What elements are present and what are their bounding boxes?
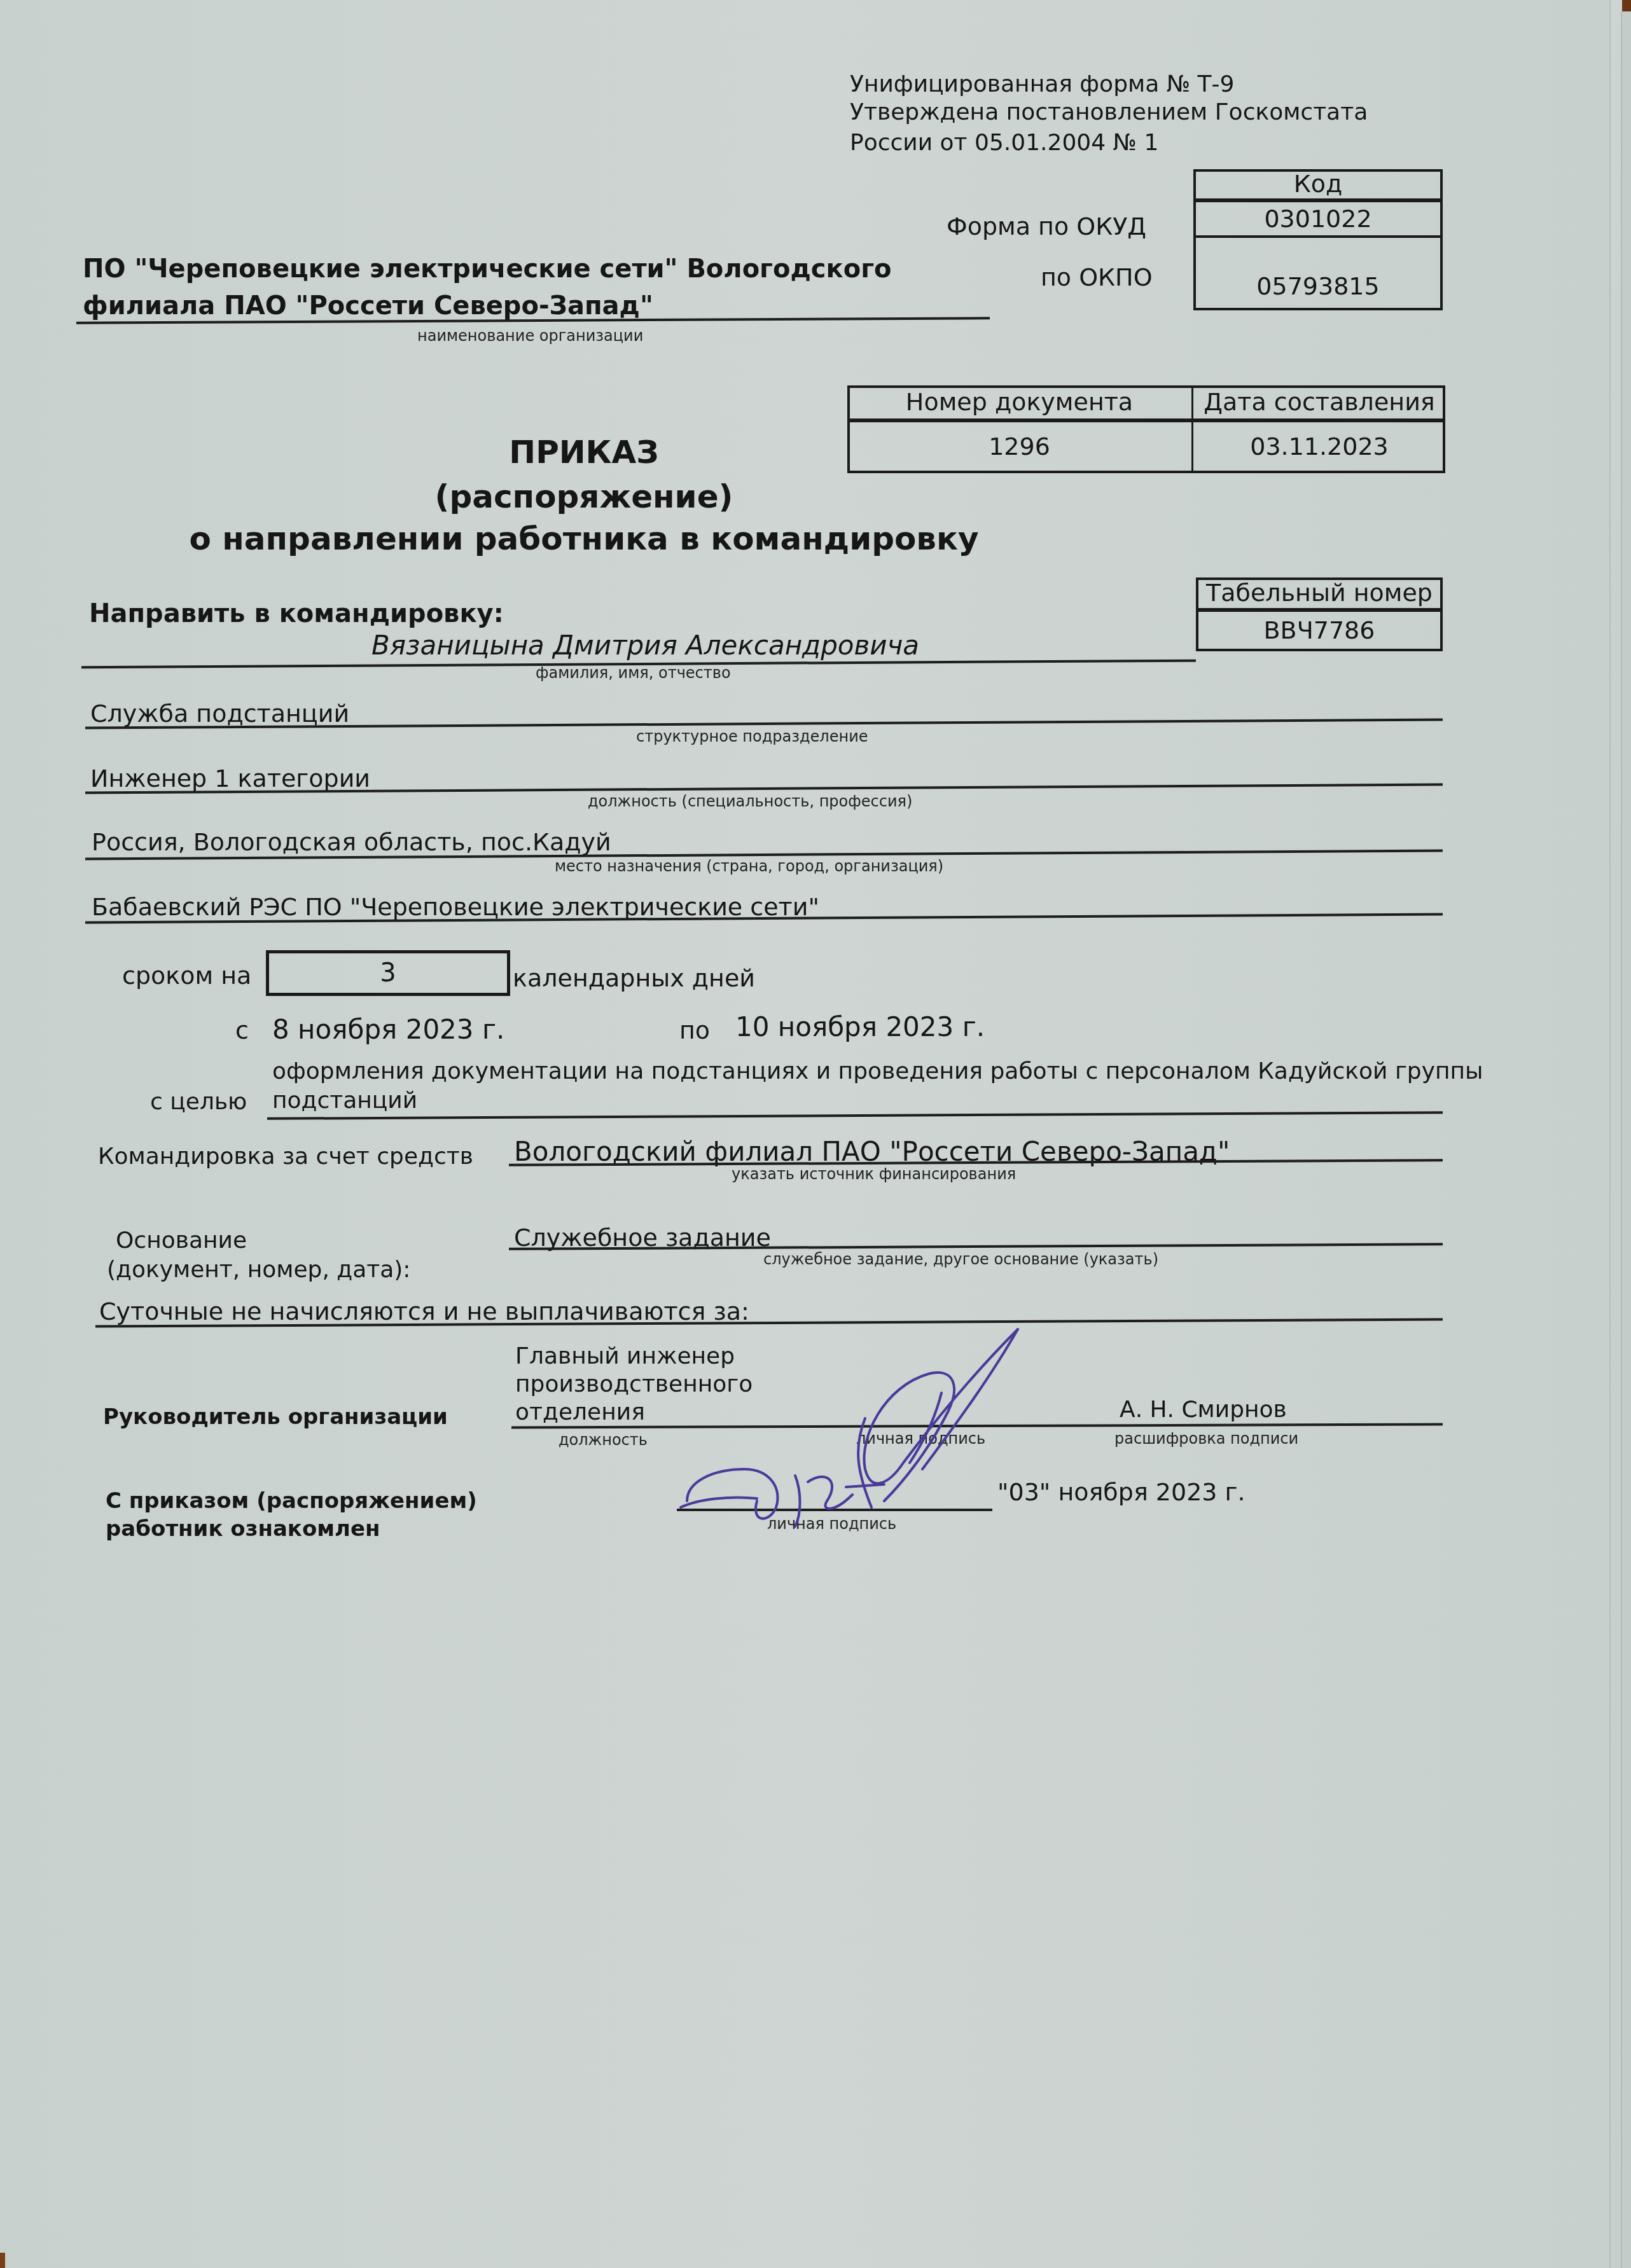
purpose-label: с целью: [150, 1089, 247, 1115]
department-value: Служба подстанций: [90, 700, 349, 728]
title-line3: о направлении работника в командировку: [0, 520, 1168, 557]
basis-label2: (документ, номер, дата):: [107, 1257, 410, 1283]
organization-caption: наименование организации: [417, 327, 643, 345]
ack-label1: С приказом (распоряжением): [106, 1488, 477, 1514]
form-header-line1: Унифицированная форма № Т-9: [850, 71, 1234, 97]
okpo-value: 05793815: [1193, 267, 1443, 305]
form-header-line2: Утверждена постановлением Госкомстата: [850, 99, 1368, 125]
from-label: с: [235, 1016, 249, 1044]
head-position-line3: отделения: [515, 1399, 645, 1425]
basis-caption: служебное задание, другое основание (ука…: [763, 1250, 1158, 1268]
doc-date-header: Дата составления: [1193, 385, 1445, 422]
purpose-line1: оформления документации на подстанциях и…: [272, 1058, 1483, 1084]
destination-caption: место назначения (страна, город, организ…: [555, 857, 943, 875]
head-label: Руководитель организации: [103, 1404, 448, 1430]
to-label: по: [679, 1016, 710, 1044]
paper-edge: [1621, 11, 1631, 2268]
send-label: Направить в командировку:: [89, 599, 504, 628]
position-value: Инженер 1 категории: [90, 764, 370, 792]
duration-prefix: сроком на: [122, 962, 251, 990]
per-diem-text: Суточные не начисляются и не выплачивают…: [99, 1297, 749, 1325]
tab-number-value: ВВЧ7786: [1196, 612, 1443, 649]
okud-value: 0301022: [1193, 202, 1443, 238]
document-page: Унифицированная форма № Т-9 Утверждена п…: [0, 0, 1611, 2268]
funding-caption: указать источник финансирования: [732, 1165, 1016, 1183]
employee-name-caption: фамилия, имя, отчество: [536, 664, 731, 682]
purpose-underline: [267, 1111, 1443, 1120]
head-name: А. Н. Смирнов: [1120, 1397, 1287, 1423]
okpo-label: по ОКПО: [1041, 263, 1153, 291]
background-surface-corner: [0, 2253, 5, 2268]
employee-name: Вязаницына Дмитрия Александровича: [371, 630, 919, 661]
organization-line2: филиала ПАО "Россети Северо-Запад": [83, 291, 653, 321]
purpose-line2: подстанций: [272, 1088, 417, 1114]
codes-header: Код: [1193, 169, 1443, 202]
doc-number-header: Номер документа: [847, 385, 1193, 422]
background-surface-corner: [1622, 0, 1631, 11]
funding-label: Командировка за счет средств: [98, 1144, 473, 1170]
duration-suffix: календарных дней: [513, 964, 755, 992]
basis-label1: Основание: [116, 1227, 247, 1254]
employee-signature-icon: [674, 1456, 916, 1533]
department-caption: структурное подразделение: [636, 728, 868, 745]
okud-label: Форма по ОКУД: [947, 212, 1146, 240]
head-caption-position: должность: [559, 1431, 648, 1449]
position-caption: должность (специальность, профессия): [588, 792, 912, 810]
organization-line1: ПО "Череповецкие электрические сети" Вол…: [83, 254, 892, 284]
ack-label2: работник ознакомлен: [106, 1516, 380, 1542]
doc-date-value: 03.11.2023: [1193, 422, 1445, 471]
from-date: 8 ноября 2023 г.: [272, 1014, 504, 1045]
duration-days-box: 3: [266, 950, 510, 996]
destination-value: Россия, Вологодская область, пос.Кадуй: [92, 828, 611, 856]
destination-org-value: Бабаевский РЭС ПО "Череповецкие электрич…: [92, 893, 819, 921]
form-header-line3: России от 05.01.2004 № 1: [850, 130, 1158, 156]
title-line2: (распоряжение): [0, 478, 1168, 515]
to-date: 10 ноября 2023 г.: [735, 1011, 985, 1042]
head-caption-name: расшифровка подписи: [1114, 1430, 1298, 1448]
tab-number-header: Табельный номер: [1196, 577, 1443, 612]
title-line1: ПРИКАЗ: [0, 434, 1168, 471]
